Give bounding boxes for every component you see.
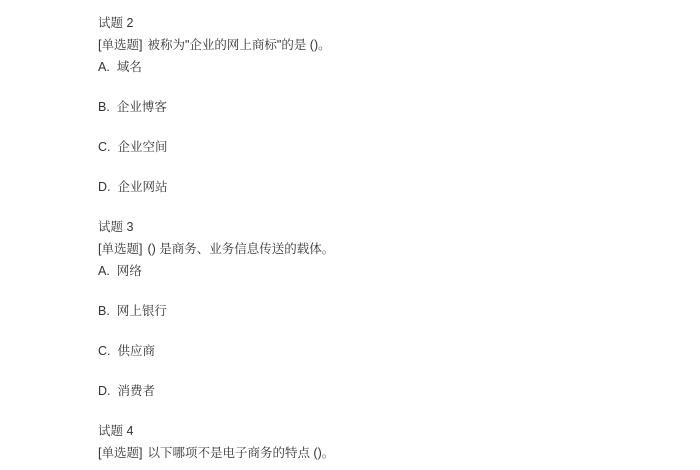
option-text: 供应商	[118, 344, 156, 358]
option-text: 网上银行	[117, 304, 167, 318]
option-text: 网络	[117, 264, 142, 278]
option-c[interactable]: C.企业空间	[98, 136, 680, 158]
option-text: 企业空间	[118, 140, 168, 154]
option-text: 企业网站	[118, 180, 168, 194]
question-stem-text: () 是商务、业务信息传送的载体。	[147, 242, 334, 256]
option-a[interactable]: A.网络	[98, 260, 680, 282]
question-block-4: 试题 4 [单选题]以下哪项不是电子商务的特点 ()。	[98, 420, 680, 464]
option-d[interactable]: D.企业网站	[98, 176, 680, 198]
question-block-3: 试题 3 [单选题]() 是商务、业务信息传送的载体。 A.网络 B.网上银行 …	[98, 216, 680, 402]
option-letter: A.	[98, 264, 110, 278]
option-letter: B.	[98, 304, 110, 318]
option-d[interactable]: D.消费者	[98, 380, 680, 402]
question-stem: [单选题]以下哪项不是电子商务的特点 ()。	[98, 442, 680, 464]
question-number: 试题 2	[98, 12, 680, 34]
option-b[interactable]: B.企业博客	[98, 96, 680, 118]
question-stem-text: 以下哪项不是电子商务的特点 ()。	[147, 446, 334, 460]
option-letter: B.	[98, 100, 110, 114]
question-type-tag: [单选题]	[98, 38, 142, 52]
option-text: 企业博客	[117, 100, 167, 114]
option-letter: A.	[98, 60, 110, 74]
option-letter: D.	[98, 180, 111, 194]
question-block-2: 试题 2 [单选题]被称为"企业的网上商标"的是 ()。 A.域名 B.企业博客…	[98, 12, 680, 198]
option-c[interactable]: C.供应商	[98, 340, 680, 362]
option-text: 域名	[117, 60, 142, 74]
option-letter: C.	[98, 344, 111, 358]
question-stem-text: 被称为"企业的网上商标"的是 ()。	[147, 38, 330, 52]
question-type-tag: [单选题]	[98, 242, 142, 256]
option-letter: C.	[98, 140, 111, 154]
quiz-page: 试题 2 [单选题]被称为"企业的网上商标"的是 ()。 A.域名 B.企业博客…	[0, 0, 700, 464]
question-stem: [单选题]() 是商务、业务信息传送的载体。	[98, 238, 680, 260]
question-number: 试题 4	[98, 420, 680, 442]
question-number: 试题 3	[98, 216, 680, 238]
question-type-tag: [单选题]	[98, 446, 142, 460]
option-a[interactable]: A.域名	[98, 56, 680, 78]
question-stem: [单选题]被称为"企业的网上商标"的是 ()。	[98, 34, 680, 56]
option-text: 消费者	[118, 384, 156, 398]
option-b[interactable]: B.网上银行	[98, 300, 680, 322]
option-letter: D.	[98, 384, 111, 398]
